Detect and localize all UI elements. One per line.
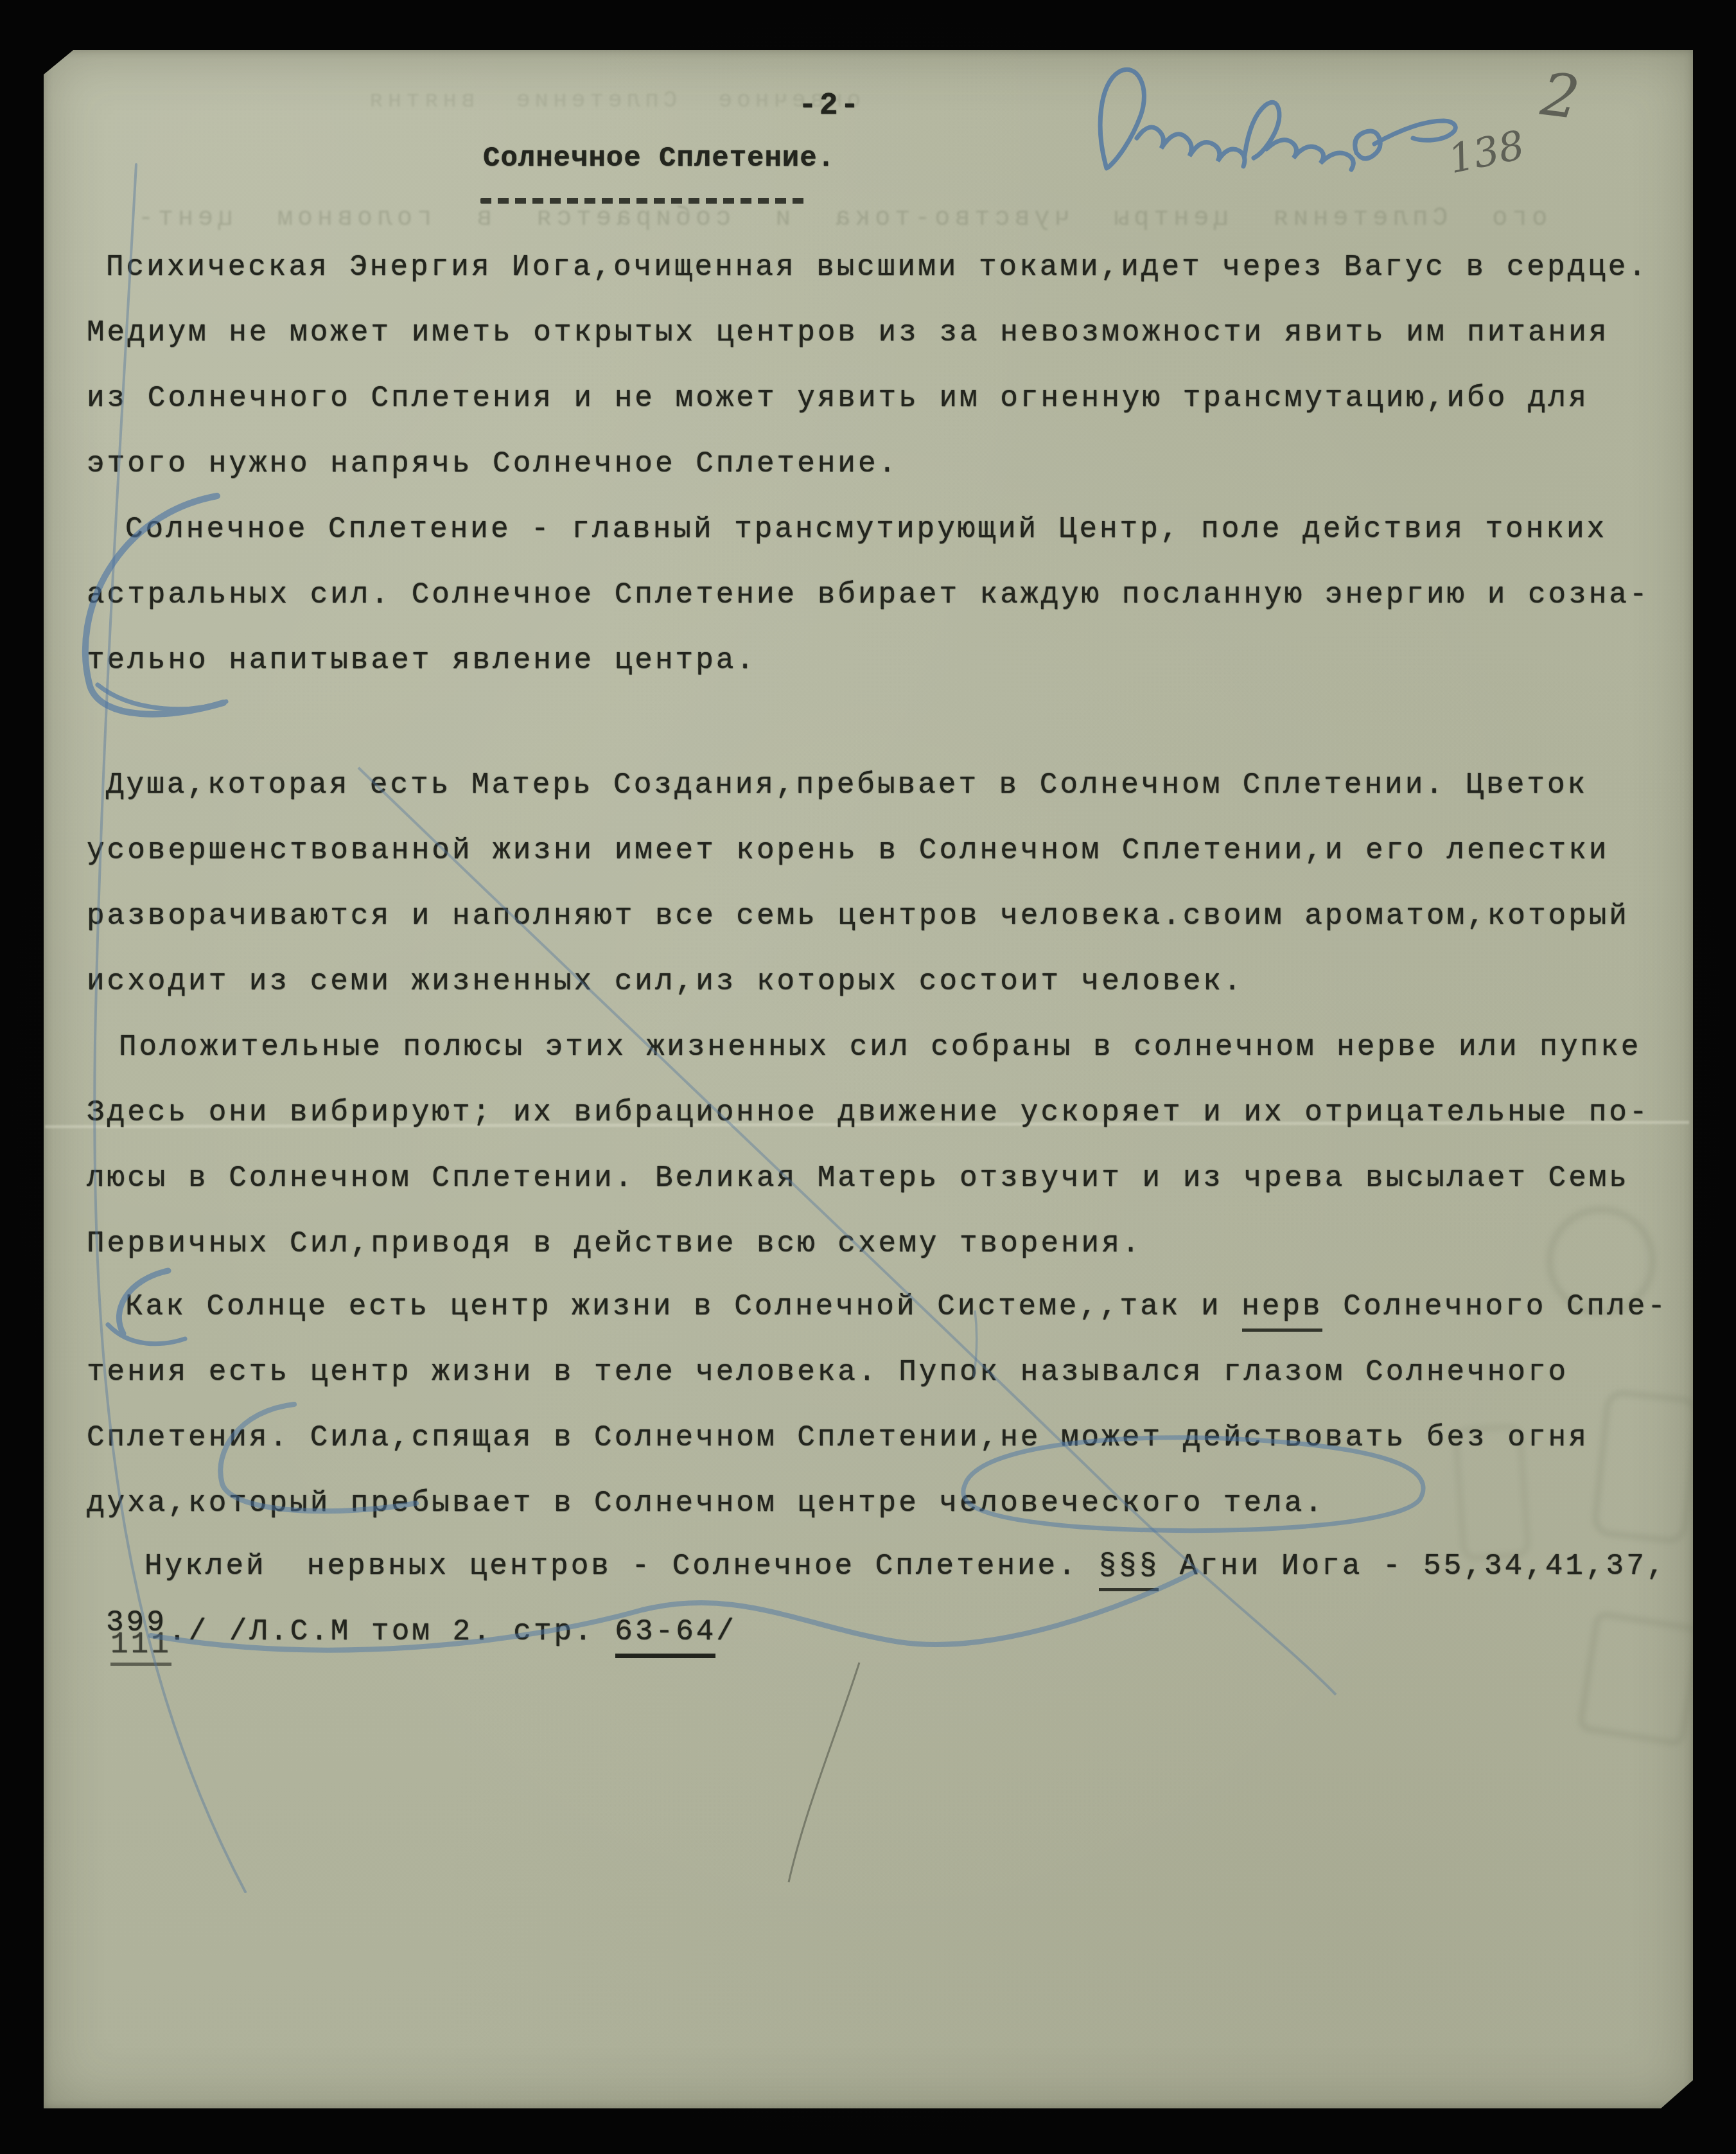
bleedthrough-mid-line: ого Сплетения центры чувство-тока и соби… <box>134 204 1547 233</box>
body-line: люсы в Солнечном Сплетении. Великая Мате… <box>87 1161 1629 1195</box>
body-line: Медиум не может иметь открытых центров и… <box>87 316 1609 349</box>
body-line: усовершенствованной жизни имеет корень в… <box>87 834 1609 867</box>
page-title: Солнечное Сплетение. <box>483 143 817 175</box>
page-number-marker: -2- <box>798 89 861 123</box>
body-line: разворачиваются и наполняют все семь цен… <box>87 899 1629 933</box>
underlined-pages: 63-64 <box>615 1615 716 1648</box>
line-pre: Как Солнце есть центр жизни в Солнечной … <box>125 1290 1241 1323</box>
source-citation-end: / <box>716 1615 737 1648</box>
line-post: Солнечного Спле- <box>1323 1290 1668 1323</box>
bleedthrough-blob <box>1576 1610 1703 1747</box>
underlined-section-marks: §§§ <box>1098 1549 1159 1583</box>
body-line: Положительные полюсы этих жизненных сил … <box>119 1030 1641 1064</box>
struck-number: 111 <box>110 1628 171 1666</box>
body-line: тельно напитывает явление центра. <box>87 644 757 677</box>
body-line: Первичных Сил,приводя в действие всю схе… <box>87 1227 1142 1260</box>
bleedthrough-stamp <box>1590 1388 1701 1545</box>
body-line: Сплетения. Сила,спящая в Солнечном Сплет… <box>87 1421 1589 1454</box>
body-line: Душа,которая есть Матерь Создания,пребыв… <box>106 768 1588 802</box>
body-line: этого нужно напрячь Солнечное Сплетение. <box>87 447 899 481</box>
body-line: из Солнечного Сплетения и не может уявит… <box>87 382 1589 415</box>
underlined-word: нерв <box>1241 1290 1322 1323</box>
body-line: Солнечное Сплетение - главный трансмутир… <box>125 513 1607 546</box>
pencil-page-number: 2 <box>1538 60 1583 132</box>
line-pre: Нуклей нервных центров - Солнечное Сплет… <box>145 1549 1098 1583</box>
body-line: астральных сил. Солнечное Сплетение вбир… <box>87 578 1650 612</box>
line-post: Агни Иога - 55,34,41,37, <box>1159 1549 1667 1583</box>
bleedthrough-top-line: онвечное Сплетение внятня <box>365 87 861 114</box>
body-line: Психическая Энергия Иога,очищенная высши… <box>106 251 1649 284</box>
reference-line: Нуклей нервных центров - Солнечное Сплет… <box>145 1549 1667 1583</box>
body-line: тения есть центр жизни в теле человека. … <box>87 1355 1568 1389</box>
scan-stage: онвечное Сплетение внятня ого Сплетения … <box>0 0 1736 2154</box>
body-line: духа,который пребывает в Солнечном центр… <box>87 1487 1325 1520</box>
body-line-with-underline: Как Солнце есть центр жизни в Солнечной … <box>125 1290 1668 1323</box>
title-underline-dashes <box>480 198 809 204</box>
document-page: онвечное Сплетение внятня ого Сплетения … <box>44 50 1693 2108</box>
body-line: Здесь они вибрируют; их вибрационное дви… <box>87 1096 1650 1129</box>
source-citation: ./ /Л.С.М том 2. стр. <box>168 1615 615 1648</box>
body-line: исходит из семи жизненных сил,из которых… <box>87 965 1243 998</box>
